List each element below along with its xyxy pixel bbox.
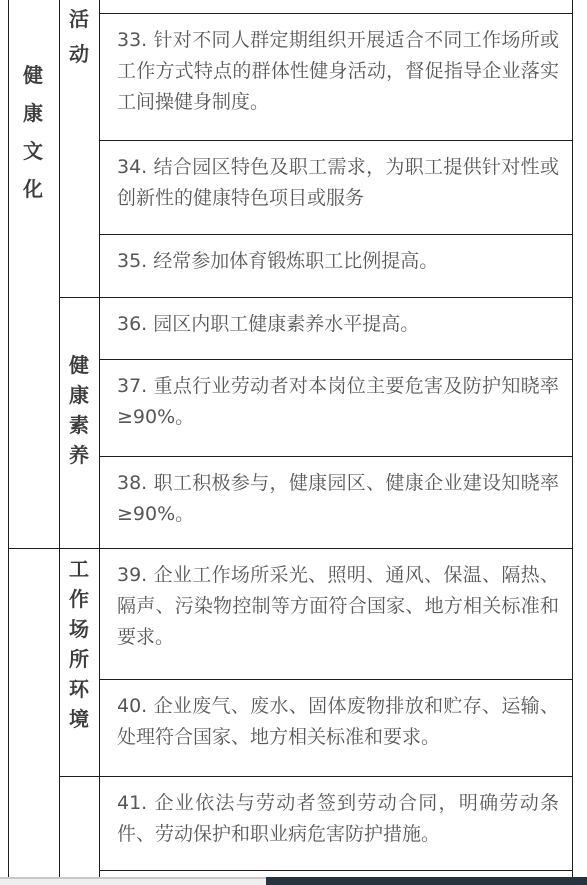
statusbar-scroll-edge (0, 877, 266, 885)
category-header-workplace-environment[interactable]: 工作场所环境 (67, 554, 91, 734)
table-border-line (59, 0, 60, 877)
table-border-line (99, 870, 572, 871)
row-group-header-health-culture[interactable]: 健康文化 (21, 56, 45, 208)
table-cell-criterion-35[interactable]: 35. 经常参加体育锻炼职工比例提高。 (99, 234, 572, 297)
category-header-health-literacy[interactable]: 健康素养 (67, 350, 91, 470)
table-border-line (8, 0, 9, 877)
document-page: 健康文化 活动 健康素养 工作场所环境 33. 针对不同人群定期组织开展适合不同… (0, 0, 587, 885)
table-cell-criterion-34[interactable]: 34. 结合园区特色及职工需求，为职工提供针对性或创新性的健康特色项目或服务 (99, 140, 572, 234)
table-cell-criterion-40[interactable]: 40. 企业废气、废水、固体废物排放和贮存、运输、处理符合国家、地方相关标准和要… (99, 679, 572, 776)
table-cell-criterion-36[interactable]: 36. 园区内职工健康素养水平提高。 (99, 297, 572, 359)
taskbar-edge-fragment (266, 877, 587, 885)
table-cell-criterion-37[interactable]: 37. 重点行业劳动者对本岗位主要危害及防护知晓率≥90%。 (99, 359, 572, 456)
table-border-line (572, 0, 573, 877)
category-header-activity[interactable]: 活动 (67, 2, 91, 72)
table-cell-criterion-39[interactable]: 39. 企业工作场所采光、照明、通风、保温、隔热、隔声、污染物控制等方面符合国家… (99, 548, 572, 679)
table-cell-criterion-33[interactable]: 33. 针对不同人群定期组织开展适合不同工作场所或工作方式特点的群体性健身活动，… (99, 13, 572, 140)
table-cell-criterion-41[interactable]: 41. 企业依法与劳动者签到劳动合同，明确劳动条件、劳动保护和职业病危害防护措施… (99, 776, 572, 870)
table-cell-criterion-38[interactable]: 38. 职工积极参与，健康园区、健康企业建设知晓率≥90%。 (99, 456, 572, 548)
